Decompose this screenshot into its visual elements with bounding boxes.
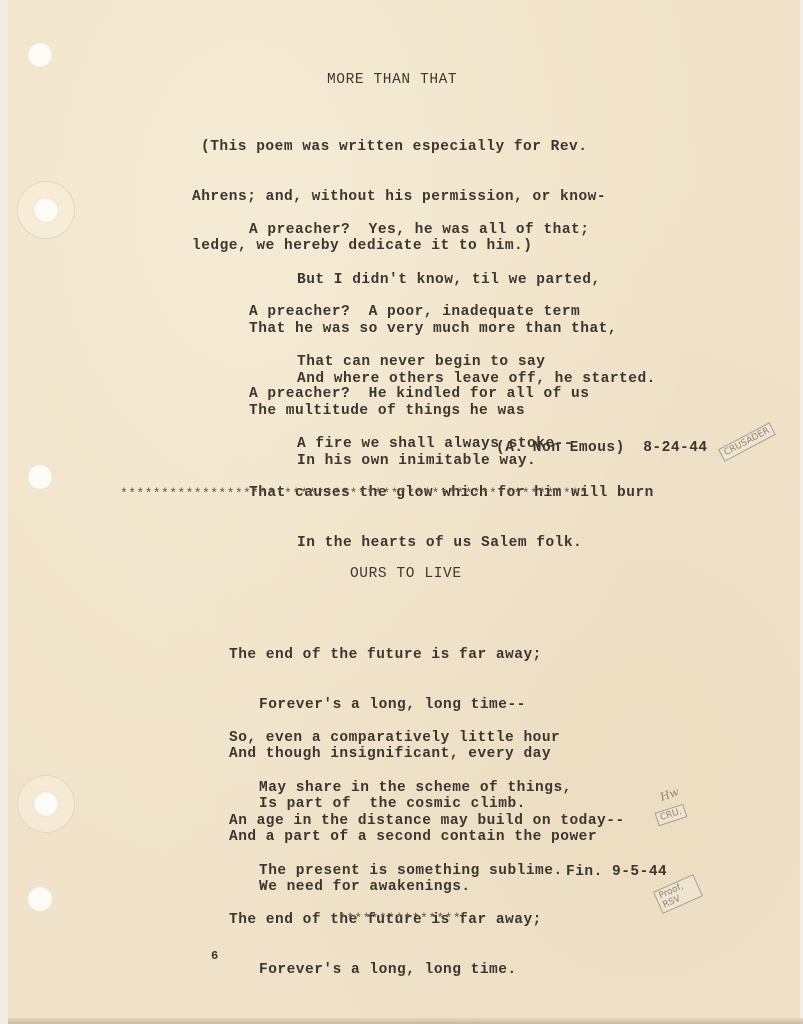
poem-line: The end of the future is far away;	[229, 647, 551, 664]
poem-line: Forever's a long, long time.	[229, 962, 625, 979]
poem-stanza: A preacher? He kindled for all of us A f…	[249, 353, 654, 568]
poem-line: A preacher? A poor, inadequate term	[249, 304, 580, 321]
poem-title: OURS TO LIVE	[350, 566, 462, 583]
punch-hole	[33, 791, 59, 817]
separator-short: ***************	[338, 911, 461, 928]
poem-stanza: An age in the distance may build on toda…	[229, 780, 625, 995]
poem-line: In the hearts of us Salem folk.	[249, 535, 654, 552]
page-number: 6	[211, 948, 219, 965]
punch-hole	[33, 197, 59, 223]
poem-line: A preacher? He kindled for all of us	[249, 386, 654, 403]
poem-title: MORE THAN THAT	[327, 72, 457, 89]
dedication-line: (This poem was written especially for Re…	[192, 139, 606, 156]
punch-hole	[27, 886, 53, 912]
punch-hole	[27, 464, 53, 490]
poem-line: So, even a comparatively little hour	[229, 730, 597, 747]
page-bottom-edge	[8, 1018, 803, 1024]
poem-signature: (A. Non Emous) 8-24-44	[496, 440, 708, 457]
poem-line: An age in the distance may build on toda…	[229, 813, 625, 830]
poem-signature: Fin. 9-5-44	[566, 864, 667, 881]
separator-long: ****************************************…	[120, 486, 587, 503]
poem-line: A preacher? Yes, he was all of that;	[249, 222, 656, 239]
punch-hole	[27, 42, 53, 68]
